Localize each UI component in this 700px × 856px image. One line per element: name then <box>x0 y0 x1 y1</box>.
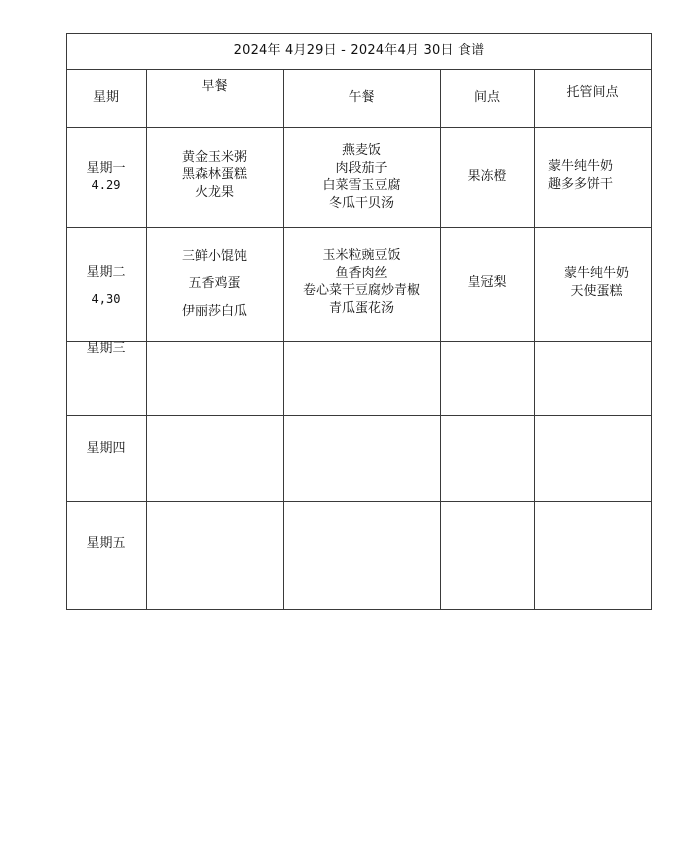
table-row-thu-snack[interactable] <box>440 415 534 501</box>
dish: 天使蛋糕 <box>570 283 622 301</box>
day-label: 星期五 <box>86 535 125 553</box>
day-label: 星期四 <box>86 440 125 458</box>
dish: 趣多多饼干 <box>548 176 613 194</box>
menu-title-text: 2024年 4月29日 - 2024年4月 30日 食谱 <box>234 42 485 60</box>
table-row-fri-day: 星期五 <box>66 501 146 609</box>
day-label: 星期一 <box>86 160 125 178</box>
dish: 鱼香肉丝 <box>335 265 387 283</box>
dish: 伊丽莎白瓜 <box>182 303 247 321</box>
table-row-wed-aftercare-snack[interactable] <box>534 341 651 415</box>
table-row-mon-aftercare-snack: 蒙牛纯牛奶 趣多多饼干 <box>534 127 651 227</box>
header-day-label: 星期 <box>93 89 119 107</box>
header-day: 星期 <box>66 69 146 127</box>
dish: 玉米粒豌豆饭 <box>322 247 400 265</box>
table-row-fri-breakfast[interactable] <box>146 501 283 609</box>
dish: 蒙牛纯牛奶 <box>548 158 613 176</box>
date-label: 4.29 <box>92 177 121 195</box>
dish: 蒙牛纯牛奶 <box>564 265 629 283</box>
dish: 燕麦饭 <box>342 142 381 160</box>
dish: 五香鸡蛋 <box>188 275 240 293</box>
table-row-wed-day: 星期三 <box>66 341 146 415</box>
header-snack: 间点 <box>440 69 534 127</box>
table-row-thu-day: 星期四 <box>66 415 146 501</box>
dish: 卷心菜干豆腐炒青椒 <box>303 282 420 300</box>
table-row-tue-breakfast: 三鲜小馄饨 五香鸡蛋 伊丽莎白瓜 <box>146 227 283 341</box>
dish: 肉段茄子 <box>335 160 387 178</box>
menu-document-page: 2024年 4月29日 - 2024年4月 30日 食谱 星期 早餐 午餐 间点… <box>0 0 700 856</box>
table-row-fri-aftercare-snack[interactable] <box>534 501 651 609</box>
table-row-mon-day: 星期一 4.29 <box>66 127 146 227</box>
day-label: 星期三 <box>86 340 125 358</box>
table-row-wed-lunch[interactable] <box>283 341 440 415</box>
dish: 黑森林蛋糕 <box>182 166 247 184</box>
table-row-fri-snack[interactable] <box>440 501 534 609</box>
dish: 黄金玉米粥 <box>182 149 247 167</box>
table-row-wed-snack[interactable] <box>440 341 534 415</box>
table-row-mon-lunch: 燕麦饭 肉段茄子 白菜雪玉豆腐 冬瓜干贝汤 <box>283 127 440 227</box>
menu-title: 2024年 4月29日 - 2024年4月 30日 食谱 <box>66 33 652 69</box>
dish: 白菜雪玉豆腐 <box>322 177 400 195</box>
date-label: 4,30 <box>92 291 121 309</box>
header-lunch-label: 午餐 <box>348 89 374 107</box>
dish: 火龙果 <box>195 184 234 202</box>
dish: 青瓜蛋花汤 <box>329 300 394 318</box>
header-breakfast-label: 早餐 <box>201 78 227 96</box>
dish: 三鲜小馄饨 <box>182 248 247 266</box>
table-border-right <box>651 33 652 610</box>
table-row-thu-breakfast[interactable] <box>146 415 283 501</box>
table-row-thu-aftercare-snack[interactable] <box>534 415 651 501</box>
dish: 冬瓜干贝汤 <box>329 195 394 213</box>
header-aftercare-snack: 托管间点 <box>534 69 651 127</box>
table-row-wed-breakfast[interactable] <box>146 341 283 415</box>
table-row-tue-lunch: 玉米粒豌豆饭 鱼香肉丝 卷心菜干豆腐炒青椒 青瓜蛋花汤 <box>283 227 440 341</box>
table-row-tue-snack: 皇冠梨 <box>440 227 534 341</box>
dish: 皇冠梨 <box>467 274 506 292</box>
table-row-thu-lunch[interactable] <box>283 415 440 501</box>
header-breakfast: 早餐 <box>146 69 283 127</box>
header-aftercare-snack-label: 托管间点 <box>566 84 618 102</box>
table-row-mon-snack: 果冻橙 <box>440 127 534 227</box>
table-border-bottom <box>66 609 652 610</box>
day-label: 星期二 <box>86 264 125 282</box>
table-row-fri-lunch[interactable] <box>283 501 440 609</box>
table-row-mon-breakfast: 黄金玉米粥 黑森林蛋糕 火龙果 <box>146 127 283 227</box>
dish: 果冻橙 <box>467 168 506 186</box>
header-snack-label: 间点 <box>474 89 500 107</box>
table-row-tue-aftercare-snack: 蒙牛纯牛奶 天使蛋糕 <box>534 227 651 341</box>
table-row-tue-day: 星期二 4,30 <box>66 227 146 341</box>
header-lunch: 午餐 <box>283 69 440 127</box>
